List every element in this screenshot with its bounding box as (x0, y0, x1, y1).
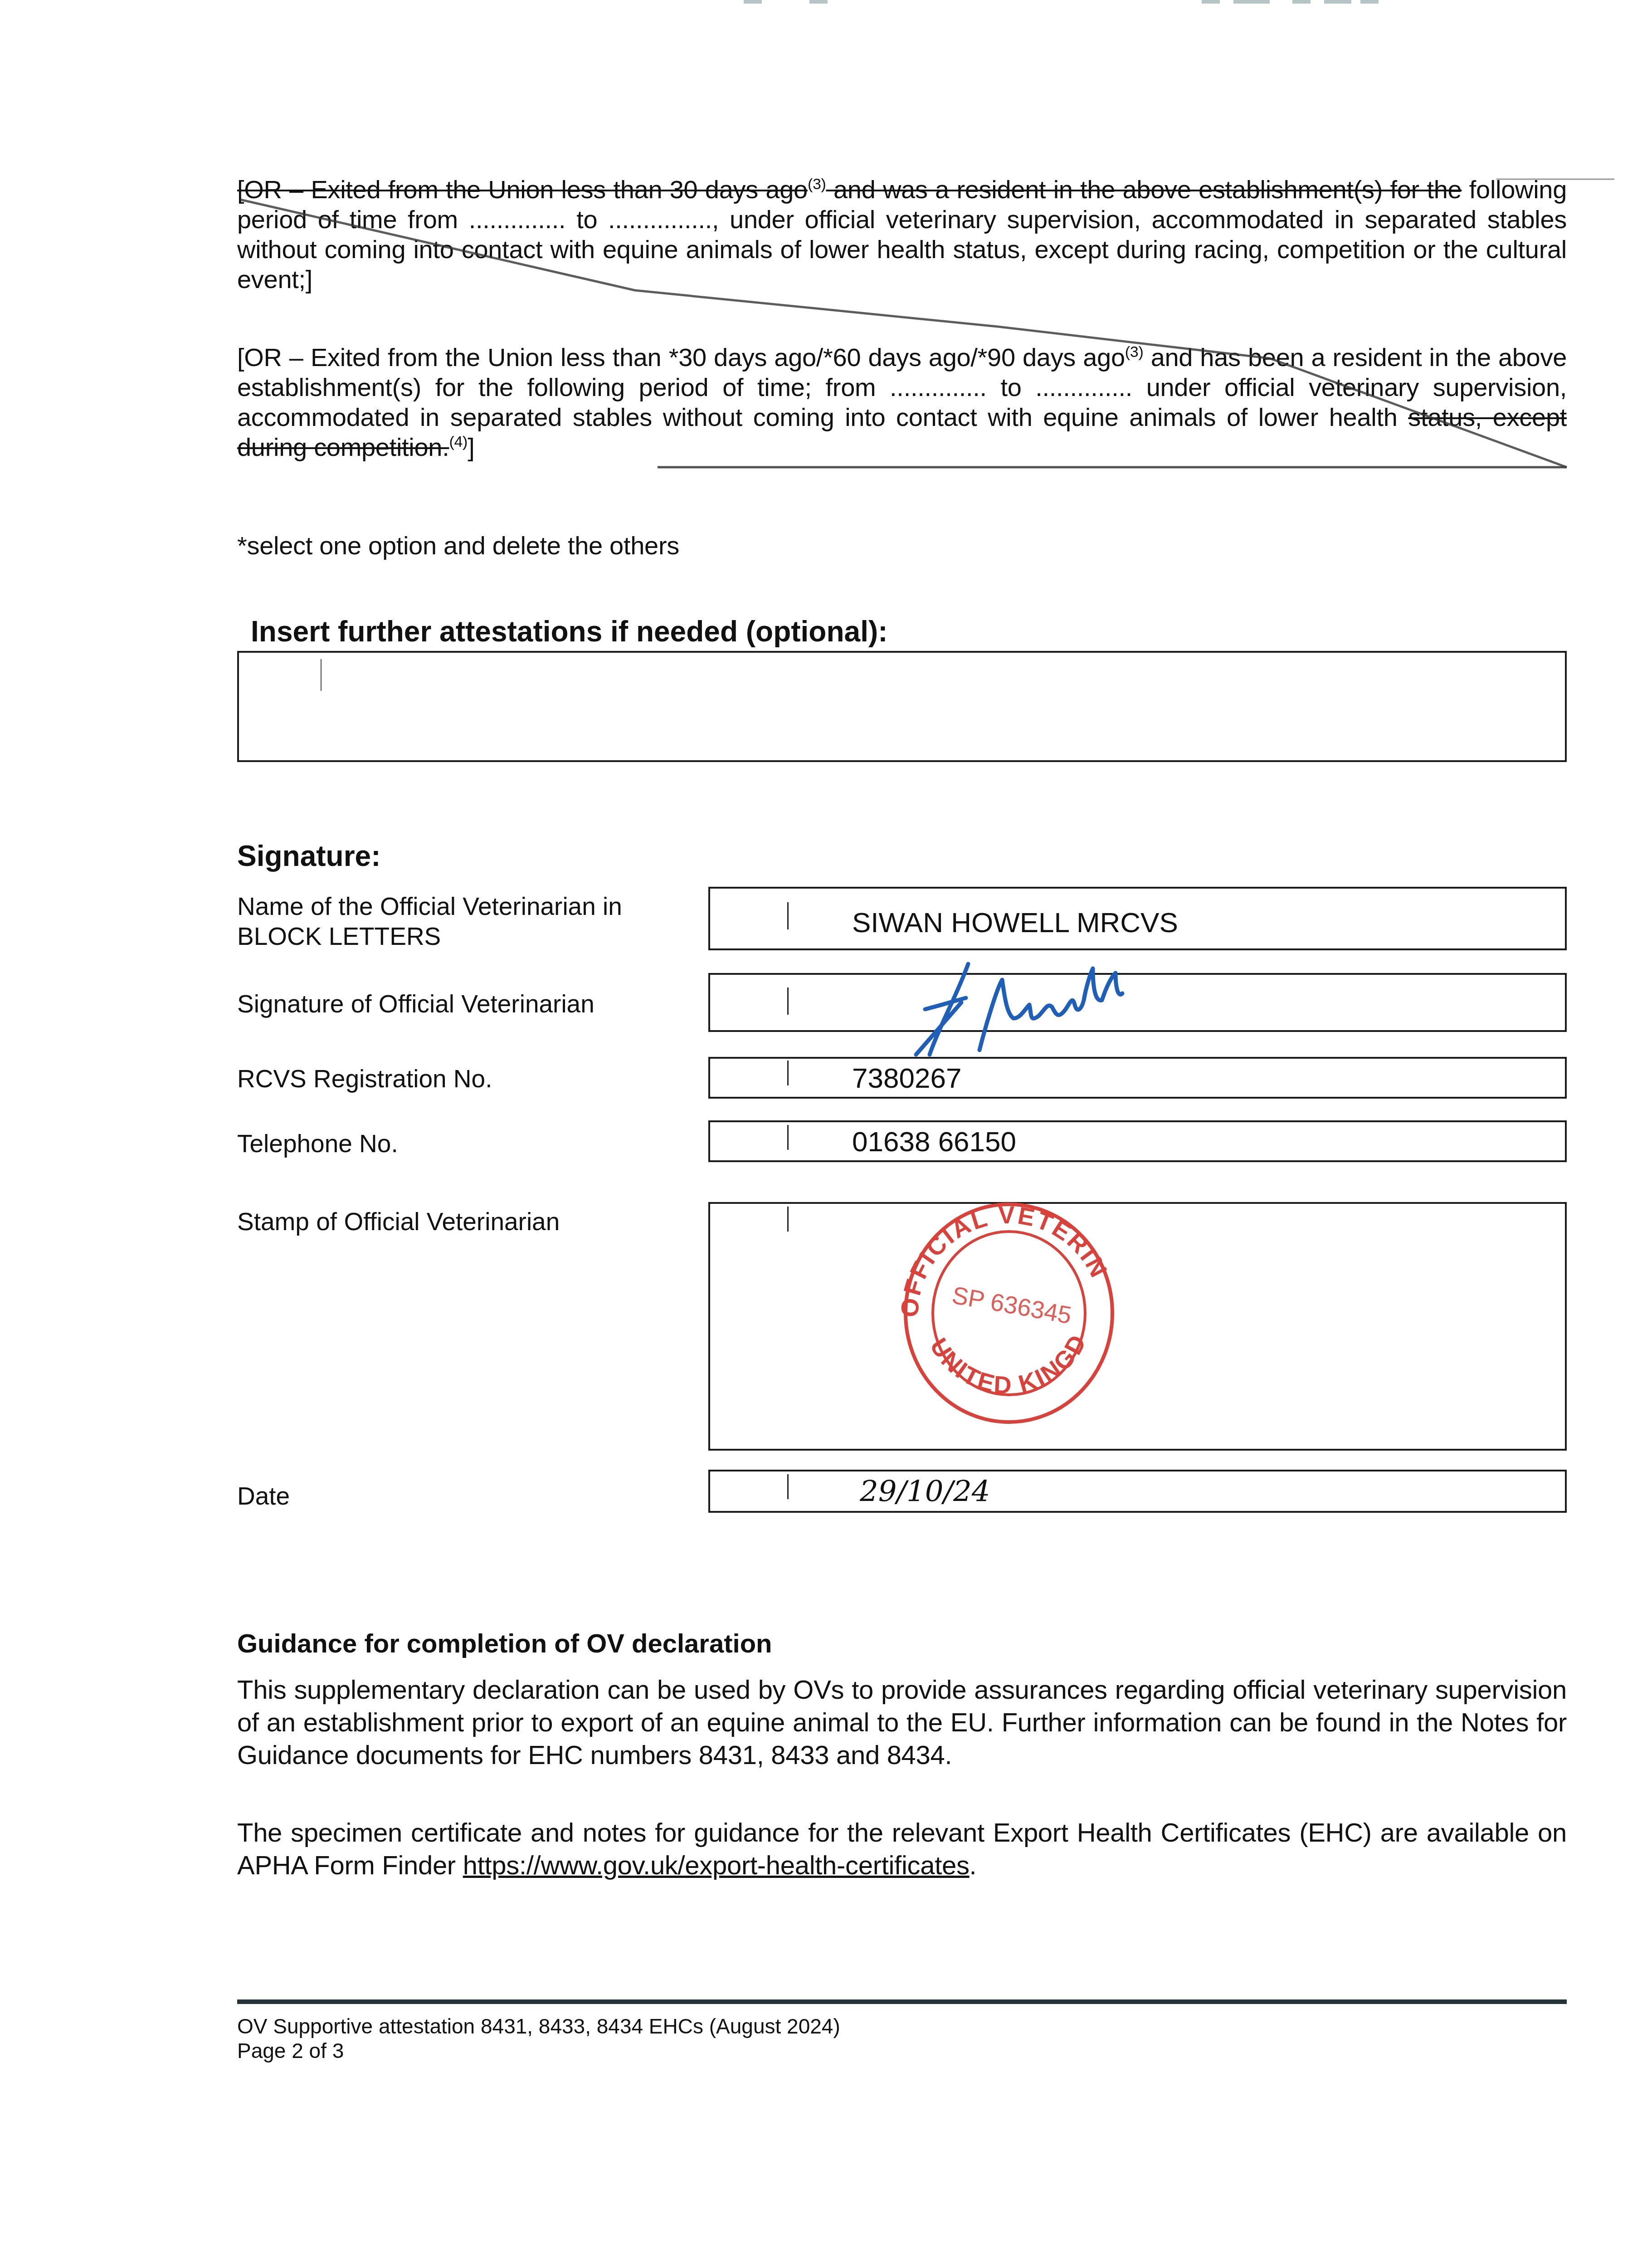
guidance-heading: Guidance for completion of OV declaratio… (237, 1628, 772, 1659)
stamp-number: SP 636345 (950, 1281, 1074, 1329)
text-cursor (787, 902, 789, 929)
footer-page-number: Page 2 of 3 (237, 2038, 344, 2063)
stamp-label: Stamp of Official Veterinarian (237, 1207, 560, 1237)
signature-label: Signature of Official Veterinarian (237, 989, 594, 1019)
date-field[interactable]: 29/10/24 (708, 1470, 1567, 1513)
rcvs-field[interactable]: 7380267 (708, 1057, 1567, 1099)
date-label: Date (237, 1481, 290, 1511)
official-veterinarian-stamp: OFFICIAL VETERINARIAN UNITED KINGDOM SP … (882, 1182, 1136, 1436)
telephone-value: 01638 66150 (852, 1126, 1016, 1158)
date-value: 29/10/24 (860, 1475, 990, 1509)
text-cursor (321, 659, 322, 691)
name-value: SIWAN HOWELL MRCVS (852, 907, 1178, 939)
select-note: *select one option and delete the others (237, 531, 1567, 561)
further-attestations-field[interactable] (237, 651, 1567, 762)
handwritten-signature (889, 959, 1170, 1059)
text-cursor (787, 1207, 789, 1232)
name-field[interactable]: SIWAN HOWELL MRCVS (708, 887, 1567, 950)
deletion-strokes (0, 0, 1647, 499)
footer-doc-title: OV Supportive attestation 8431, 8433, 84… (237, 2014, 840, 2038)
further-attestations-heading: Insert further attestations if needed (o… (251, 615, 888, 648)
text-cursor (787, 1061, 789, 1085)
telephone-field[interactable]: 01638 66150 (708, 1120, 1567, 1162)
text-cursor (787, 1474, 789, 1499)
stamp-field[interactable] (708, 1202, 1567, 1451)
signature-heading: Signature: (237, 839, 380, 873)
footer-rule (237, 1999, 1567, 2004)
rcvs-label: RCVS Registration No. (237, 1064, 492, 1094)
guidance-specimen-paragraph: The specimen certificate and notes for g… (237, 1817, 1567, 1882)
text-cursor (787, 1125, 789, 1150)
telephone-label: Telephone No. (237, 1129, 398, 1158)
guidance-paragraph: This supplementary declaration can be us… (237, 1674, 1567, 1772)
period: . (970, 1851, 977, 1880)
name-label: Name of the Official Veterinarian in BLO… (237, 891, 668, 951)
rcvs-value: 7380267 (852, 1062, 961, 1095)
text-cursor (787, 987, 789, 1015)
export-health-certificates-link[interactable]: https://www.gov.uk/export-health-certifi… (463, 1851, 970, 1880)
